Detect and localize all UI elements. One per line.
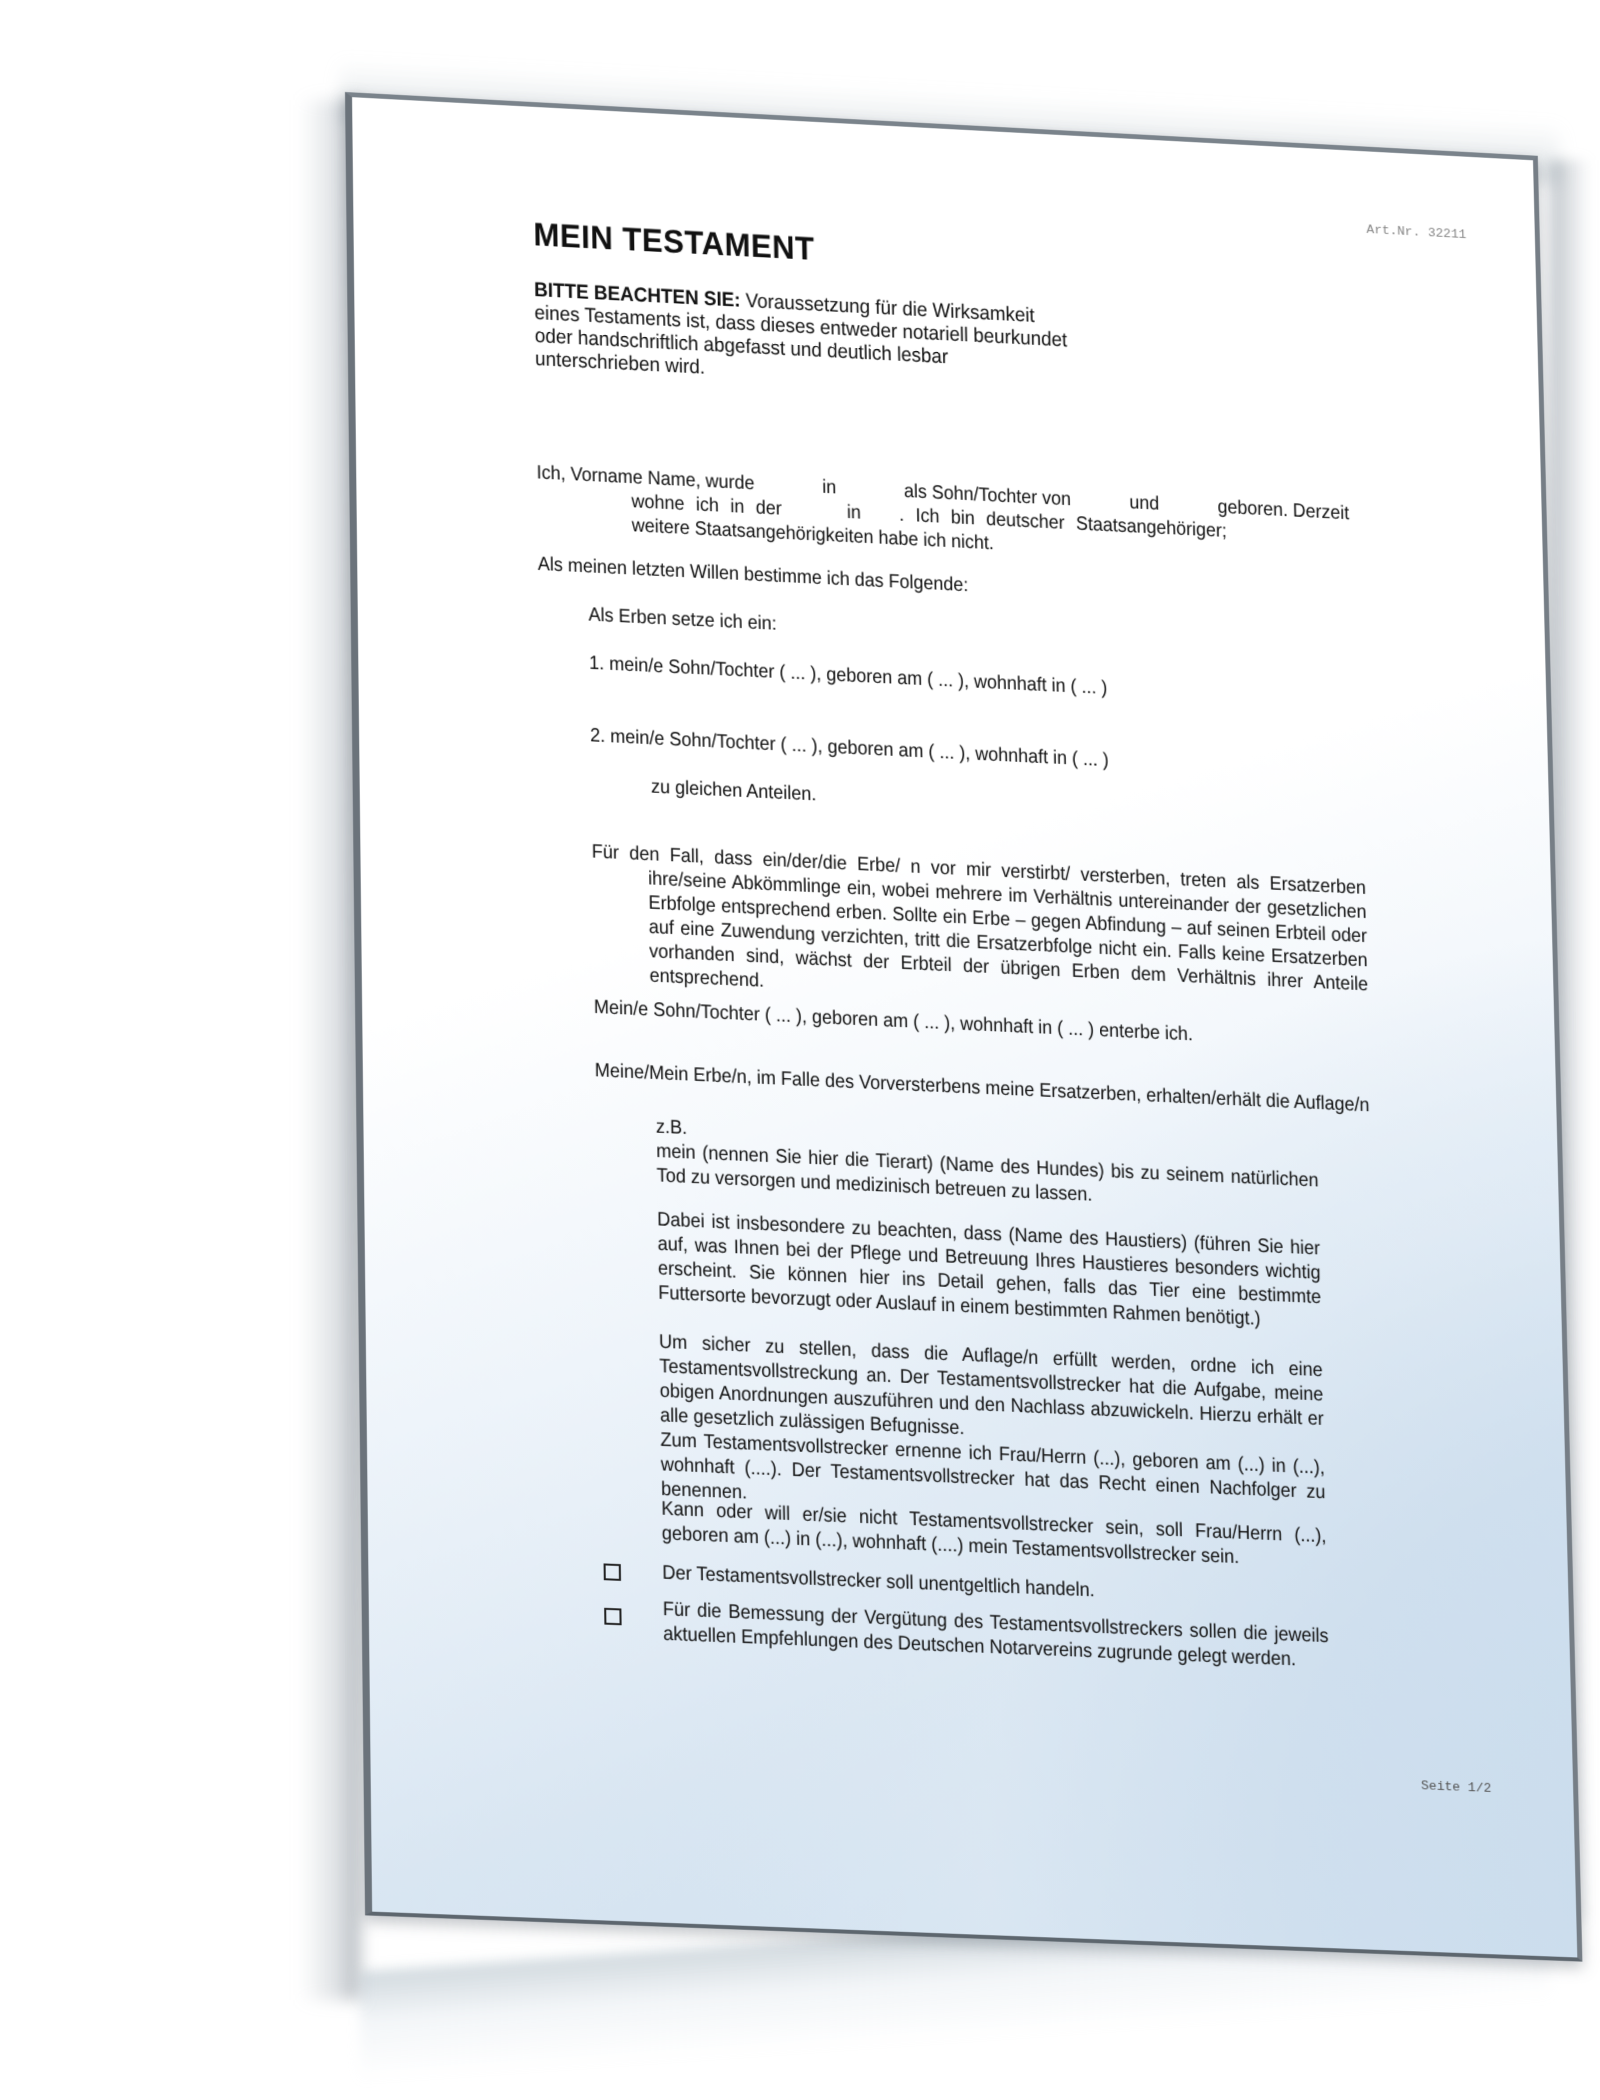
intro-paragraph: Ich, Vorname Name, wurde in als Sohn/Toc…	[536, 461, 1227, 568]
heir-item-2: 2. mein/e Sohn/Tochter ( ... ), geboren …	[590, 724, 1109, 773]
option-label-2: Für die Bemessung der Vergütung des Test…	[663, 1597, 1330, 1673]
document-page: Art.Nr. 32211 MEIN TESTAMENT BITTE BEACH…	[345, 92, 1582, 1962]
heirs-heading: Als Erben setze ich ein:	[588, 603, 776, 636]
page-number: Seite 1/2	[1421, 1778, 1492, 1796]
pet-details-paragraph: Dabei ist insbesondere zu beachten, dass…	[657, 1208, 1322, 1335]
equal-shares: zu gleichen Anteilen.	[651, 775, 817, 807]
document-title: MEIN TESTAMENT	[533, 217, 815, 269]
condition-intro: Meine/Mein Erbe/n, im Falle des Vorverst…	[595, 1059, 1370, 1118]
document-preview: Art.Nr. 32211 MEIN TESTAMENT BITTE BEACH…	[0, 0, 1600, 2100]
heir-item-1: 1. mein/e Sohn/Tochter ( ... ), geboren …	[589, 651, 1108, 700]
last-will-statement: Als meinen letzten Willen bestimme ich d…	[538, 553, 969, 598]
substitute-heirs-paragraph: Für den Fall, dass ein/der/die Erbe/ n v…	[592, 840, 1369, 1021]
example-label: z.B.	[656, 1115, 688, 1141]
notice: BITTE BEACHTEN SIE: Voraussetzung für di…	[534, 279, 1073, 399]
pet-care-paragraph: mein (nennen Sie hier die Tierart) (Name…	[656, 1139, 1319, 1217]
article-number: Art.Nr. 32211	[1366, 222, 1466, 241]
option-checkbox-2[interactable]	[604, 1608, 621, 1625]
option-checkbox-1[interactable]	[604, 1563, 621, 1580]
